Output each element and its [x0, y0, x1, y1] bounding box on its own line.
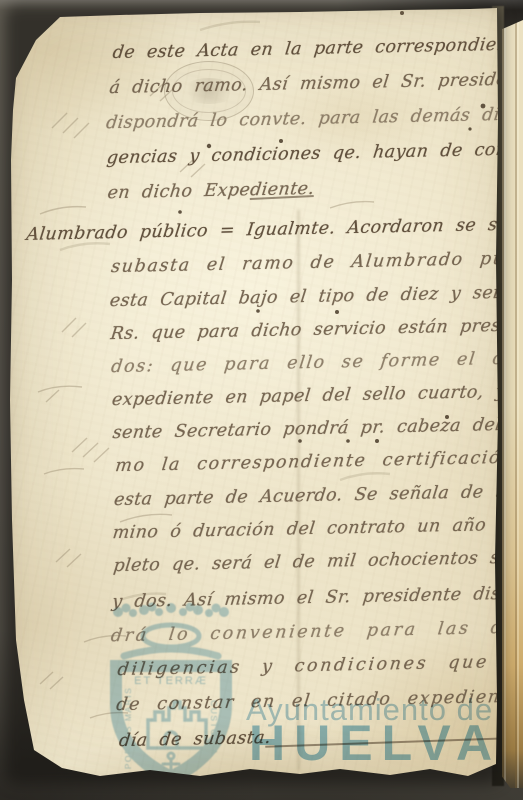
manuscript-line: expediente en papel del sello cuarto, y …: [111, 380, 523, 410]
manuscript-line: dos: que para ello se forme el oportuno: [110, 347, 523, 377]
manuscript-line: y dos. Así mismo el Sr. presidente dispo…: [111, 583, 523, 612]
manuscript-line: dispondrá lo convte. para las demás dili…: [105, 105, 519, 134]
ink-rule-long: [265, 737, 515, 748]
manuscript-line: esta Capital bajo el tipo de diez y seis…: [109, 282, 523, 311]
underlying-page-edge: [502, 20, 523, 788]
handwritten-text: de este Acta en la parte correspondiente…: [0, 0, 523, 800]
manuscript-line: mo la correspondiente certificación de: [114, 447, 523, 476]
manuscript-line: pleto qe. será el de mil ochocientos ses…: [112, 547, 523, 576]
manuscript-line-with-margin-heading: Alumbrado público = Igualmte. Acordaron …: [25, 214, 523, 245]
manuscript-line: gencias y condiciones qe. hayan de const…: [106, 139, 523, 168]
manuscript-line: de este Acta en la parte correspondiente: [112, 34, 523, 63]
scanned-book-page: de este Acta en la parte correspondiente…: [0, 0, 523, 800]
manuscript-line: Rs. que para dicho servicio están presup…: [109, 314, 523, 344]
manuscript-line: mino ó duración del contrato un año com-: [112, 514, 523, 543]
manuscript-line: día de subasta.: [118, 728, 272, 751]
manuscript-line: sente Secretario pondrá pr. cabeza del m…: [111, 414, 523, 443]
manuscript-line: esta parte de Acuerdo. Se señala de tér-: [113, 481, 523, 510]
manuscript-line: en dicho Expediente.: [106, 179, 315, 203]
manuscript-line: á dicho ramo. Así mismo el Sr. president…: [108, 69, 523, 98]
manuscript-line: subasta el ramo de Alumbrado público de: [110, 247, 523, 277]
manuscript-line: diligencias y condiciones que hayan: [116, 650, 523, 680]
manuscript-page: de este Acta en la parte correspondiente…: [0, 0, 523, 800]
manuscript-line: de constar en el citado expediente y: [115, 686, 523, 715]
manuscript-line: drá lo conveniente para las demás: [110, 617, 523, 646]
